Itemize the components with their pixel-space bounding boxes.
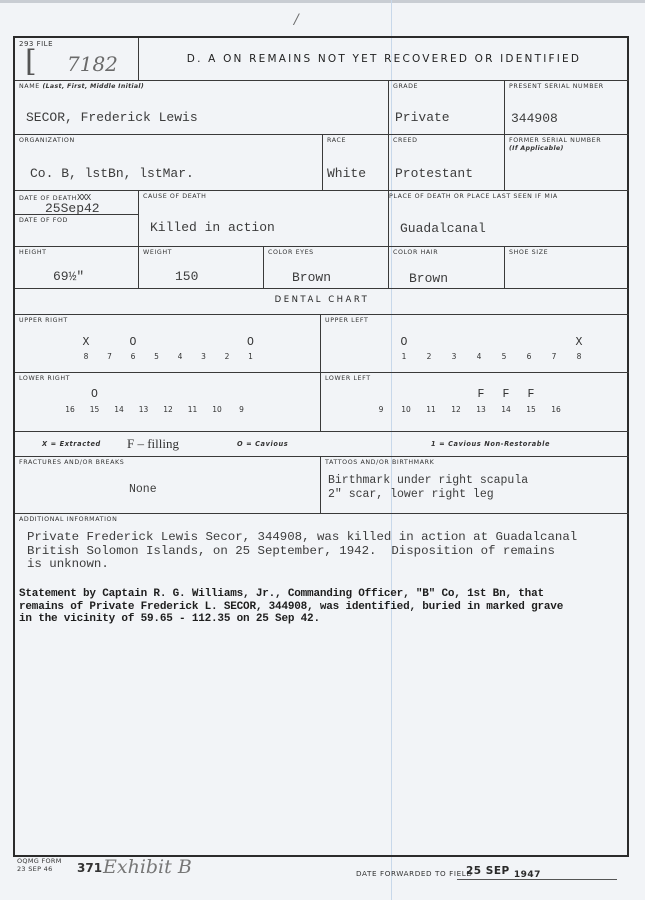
former-serial-sublabel: (If Applicable) [509, 145, 564, 152]
upper-right-quadrant: UPPER RIGHT 8X76O54321O [15, 315, 321, 373]
additional-info-paragraph-1: Private Frederick Lewis Secor, 344908, w… [27, 531, 577, 572]
tooth-number: 12 [161, 405, 175, 414]
file-bracket-mark: [ [25, 44, 37, 79]
document-page: / 293 FILE [ 7182 D. A ON REMAINS NOT YE… [0, 0, 645, 900]
legend-extracted: X = Extracted [42, 440, 101, 448]
fractures-value: None [129, 483, 157, 496]
tooth-number: 6 [126, 352, 140, 361]
legend-cavious: O = Cavious [237, 440, 288, 448]
place-of-death-field: PLACE OF DEATH OR PLACE LAST SEEN IF MIA… [389, 191, 629, 247]
tooth-number: 9 [374, 405, 388, 414]
exhibit-handwriting: Exhibit B [103, 856, 192, 878]
grade-value: Private [395, 110, 450, 125]
tooth-number: 13 [474, 405, 488, 414]
shoe-size-label: SHOE SIZE [509, 249, 548, 256]
tooth-number: 6 [522, 352, 536, 361]
form-frame: 293 FILE [ 7182 D. A ON REMAINS NOT YET … [13, 36, 629, 857]
file-number: 7182 [67, 52, 118, 76]
upper-left-quadrant: UPPER LEFT 1O2345678X [321, 315, 629, 373]
former-serial-field: FORMER SERIAL NUMBER (If Applicable) [505, 135, 629, 191]
tooth-number: 1 [244, 352, 258, 361]
shoe-size-field: SHOE SIZE [505, 247, 629, 289]
weight-field: WEIGHT 150 [139, 247, 264, 289]
grade-label: GRADE [393, 83, 418, 90]
title-box: D. A ON REMAINS NOT YET RECOVERED OR IDE… [139, 38, 629, 81]
organization-value: Co. B, lstBn, lstMar. [30, 166, 194, 181]
tooth-number: 10 [210, 405, 224, 414]
top-pen-mark: / [294, 12, 299, 28]
tooth-mark: X [572, 336, 586, 349]
additional-info-field: ADDITIONAL INFORMATION Private Frederick… [15, 514, 629, 855]
tooth-number: 11 [186, 405, 200, 414]
date-of-death-value: 25Sep42 [45, 201, 100, 216]
race-label: RACE [327, 137, 346, 144]
height-field: HEIGHT 69½" [15, 247, 139, 289]
weight-value: 150 [175, 269, 198, 284]
tooth-mark: F [474, 388, 488, 401]
tattoos-line-2: 2" scar, lower right leg [328, 488, 494, 501]
tooth-number: 16 [549, 405, 563, 414]
weight-label: WEIGHT [143, 249, 172, 256]
form-number: 371 [77, 861, 102, 875]
upper-left-label: UPPER LEFT [325, 317, 368, 324]
tooth-number: 4 [472, 352, 486, 361]
creed-value: Protestant [395, 166, 473, 181]
dental-legend: X = Extracted F – filling O = Cavious 1 … [15, 432, 629, 457]
legend-non-restorable: 1 = Cavious Non-Restorable [431, 440, 550, 448]
tooth-number: 11 [424, 405, 438, 414]
lower-left-quadrant: LOWER LEFT 910111213F14F15F16 [321, 373, 629, 432]
tooth-number: 3 [447, 352, 461, 361]
present-serial-field: PRESENT SERIAL NUMBER 344908 [505, 81, 629, 135]
tooth-number: 12 [449, 405, 463, 414]
tooth-number: 9 [235, 405, 249, 414]
race-field: RACE White [323, 135, 389, 191]
tooth-number: 10 [399, 405, 413, 414]
tooth-mark: F [524, 388, 538, 401]
tooth-number: 15 [88, 405, 102, 414]
cause-of-death-label: CAUSE OF DEATH [143, 193, 207, 200]
race-value: White [327, 166, 366, 181]
tattoos-label: TATTOOS AND/OR BIRTHMARK [325, 459, 434, 466]
tooth-mark: O [244, 336, 258, 349]
dental-chart-header: DENTAL CHART [15, 289, 629, 315]
additional-info-paragraph-2: Statement by Captain R. G. Williams, Jr.… [19, 588, 563, 626]
tooth-number: 1 [397, 352, 411, 361]
date-of-fod-label: DATE OF FOD [19, 217, 68, 224]
creed-label: CREED [393, 137, 418, 144]
color-hair-label: COLOR HAIR [393, 249, 438, 256]
date-of-death-field: DATE OF DEATHXXX 25Sep42 [15, 191, 139, 215]
tooth-number: 2 [422, 352, 436, 361]
tooth-number: 4 [173, 352, 187, 361]
form-identifier: OQMG FORM 23 SEP 46 [17, 858, 62, 873]
height-value: 69½" [53, 269, 84, 284]
date-forwarded-stamp: 25 SEP 1947 [466, 865, 541, 877]
dental-chart-title: DENTAL CHART [15, 295, 629, 305]
date-forwarded-label: DATE FORWARDED TO FIELD [356, 869, 472, 878]
tooth-mark: F [499, 388, 513, 401]
tooth-mark: O [397, 336, 411, 349]
name-label: NAME (Last, First, Middle Initial) [19, 83, 144, 90]
tooth-mark: O [88, 388, 102, 401]
legend-filling: F – filling [127, 436, 179, 452]
tooth-number: 5 [497, 352, 511, 361]
form-title: D. A ON REMAINS NOT YET RECOVERED OR IDE… [139, 53, 629, 65]
lower-right-label: LOWER RIGHT [19, 375, 70, 382]
lower-left-label: LOWER LEFT [325, 375, 371, 382]
lower-right-quadrant: LOWER RIGHT 1615O14131211109 [15, 373, 321, 432]
tooth-number: 14 [112, 405, 126, 414]
tattoos-field: TATTOOS AND/OR BIRTHMARK Birthmark under… [321, 457, 629, 514]
place-of-death-label: PLACE OF DEATH OR PLACE LAST SEEN IF MIA [389, 193, 558, 200]
name-value: SECOR, Frederick Lewis [26, 110, 198, 125]
grade-field: GRADE Private [389, 81, 505, 135]
tooth-number: 8 [572, 352, 586, 361]
tooth-number: 2 [220, 352, 234, 361]
tooth-number: 7 [547, 352, 561, 361]
tooth-number: 14 [499, 405, 513, 414]
tooth-mark: O [126, 336, 140, 349]
tooth-mark: X [79, 336, 93, 349]
additional-info-label: ADDITIONAL INFORMATION [19, 516, 117, 523]
tooth-number: 3 [197, 352, 211, 361]
tooth-number: 7 [103, 352, 117, 361]
tooth-number: 13 [137, 405, 151, 414]
cause-of-death-value: Killed in action [150, 220, 275, 235]
fractures-label: FRACTURES AND/OR BREAKS [19, 459, 124, 466]
color-hair-field: COLOR HAIR Brown [389, 247, 505, 289]
organization-field: ORGANIZATION Co. B, lstBn, lstMar. [15, 135, 323, 191]
organization-label: ORGANIZATION [19, 137, 75, 144]
scan-edge [0, 0, 645, 3]
place-of-death-value: Guadalcanal [400, 221, 486, 236]
date-of-fod-field: DATE OF FOD [15, 215, 139, 247]
former-serial-label: FORMER SERIAL NUMBER [509, 137, 601, 144]
name-field: NAME (Last, First, Middle Initial) SECOR… [15, 81, 389, 135]
tooth-number: 8 [79, 352, 93, 361]
present-serial-label: PRESENT SERIAL NUMBER [509, 83, 604, 90]
creed-field: CREED Protestant [389, 135, 505, 191]
tattoos-line-1: Birthmark under right scapula [328, 474, 528, 487]
tooth-number: 15 [524, 405, 538, 414]
tooth-number: 5 [150, 352, 164, 361]
height-label: HEIGHT [19, 249, 47, 256]
file-box: 293 FILE [ 7182 [15, 38, 139, 81]
tooth-number: 16 [63, 405, 77, 414]
color-hair-value: Brown [409, 271, 448, 286]
color-eyes-value: Brown [292, 270, 331, 285]
present-serial-value: 344908 [511, 111, 558, 126]
fractures-field: FRACTURES AND/OR BREAKS None [15, 457, 321, 514]
cause-of-death-field: CAUSE OF DEATH Killed in action [139, 191, 389, 247]
color-eyes-label: COLOR EYES [268, 249, 314, 256]
color-eyes-field: COLOR EYES Brown [264, 247, 389, 289]
upper-right-label: UPPER RIGHT [19, 317, 68, 324]
